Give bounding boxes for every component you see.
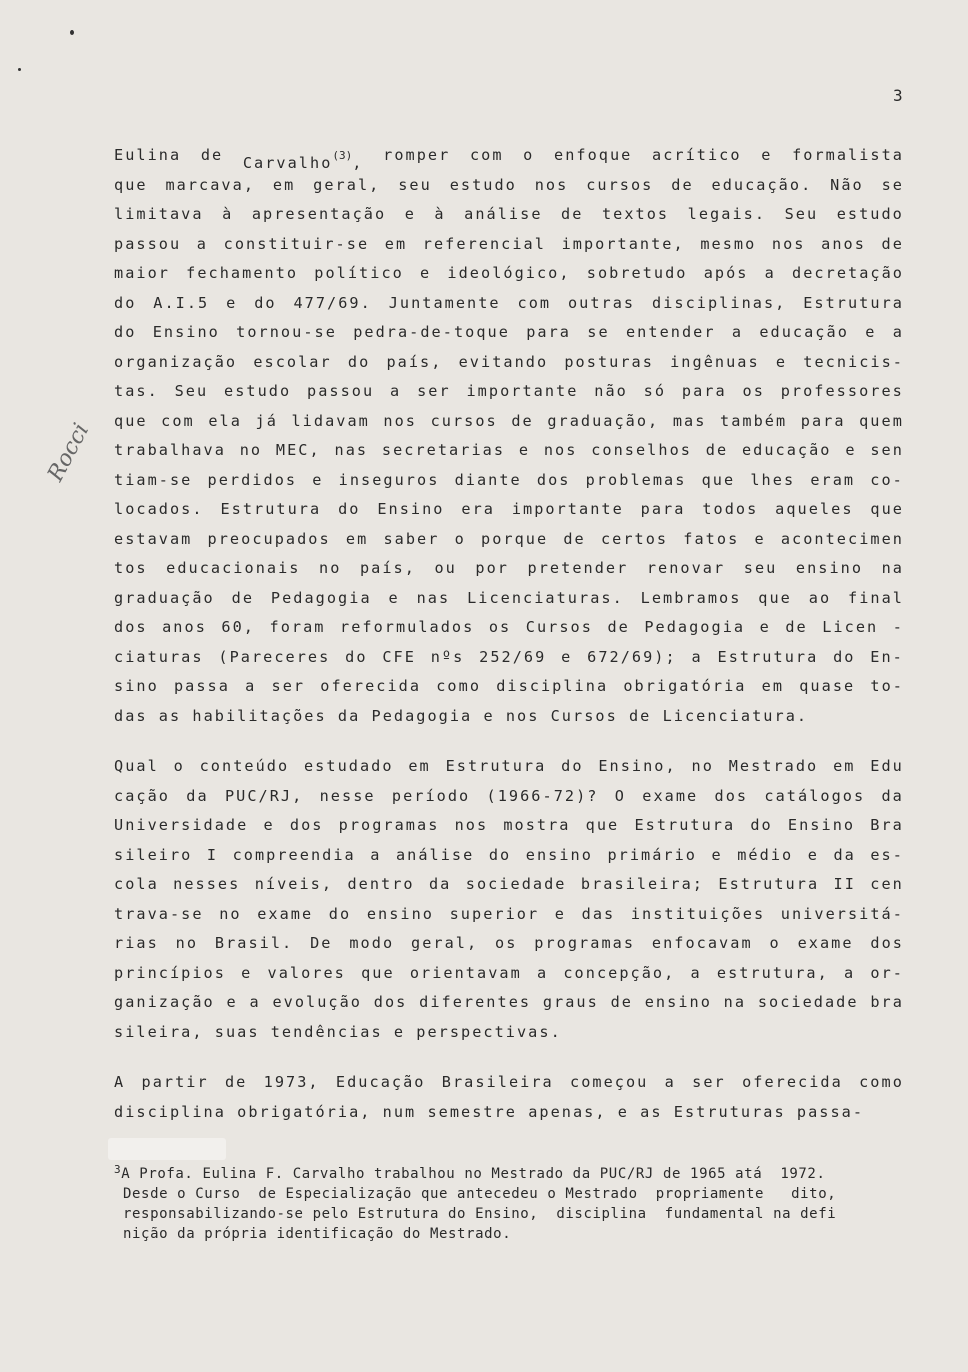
text-line: sinopassaaseroferecidacomodisciplinaobri… — [114, 672, 904, 702]
footnote-marker: 3 — [114, 1163, 121, 1176]
text-line: graduaçãodePedagogiaenasLicenciaturas.Le… — [114, 584, 904, 614]
footnote: 3A Profa. Eulina F. Carvalho trabalhou n… — [114, 1160, 904, 1244]
text-line: das as habilitações da Pedagogia e nos C… — [114, 702, 904, 732]
text-line: locados.EstruturadoEnsinoeraimportantepa… — [114, 495, 904, 525]
scan-speck — [70, 30, 74, 35]
text-line: maiorfechamentopolíticoeideológico,sobre… — [114, 259, 904, 289]
footnote-line: nição da própria identificação do Mestra… — [114, 1224, 904, 1244]
text-line: UniversidadeedosprogramasnosmostraqueEst… — [114, 811, 904, 841]
text-line: doA.I.5edo477/69.Juntamentecomoutrasdisc… — [114, 289, 904, 319]
text-line: toseducacionaisnopaís,ouporpretenderreno… — [114, 554, 904, 584]
text-line: EulinadeCarvalho(3),rompercomoenfoqueacr… — [114, 141, 904, 171]
text-line: princípiosevaloresqueorientavamaconcepçã… — [114, 959, 904, 989]
text-line: organizaçãoescolardopaís,evitandopostura… — [114, 348, 904, 378]
paragraph-3: Apartirde1973,EducaçãoBrasileiracomeçoua… — [114, 1068, 904, 1127]
correction-fluid-mark — [108, 1138, 226, 1160]
text-line: dosanos60,foramreformuladososCursosdePed… — [114, 613, 904, 643]
text-line: riasnoBrasil.Demodogeral,osprogramasenfo… — [114, 929, 904, 959]
text-line: ciaturas(PareceresdoCFEnºs252/69e672/69)… — [114, 643, 904, 673]
text-line: quecomelajálidavamnoscursosdegraduação,m… — [114, 407, 904, 437]
text-line: QualoconteúdoestudadoemEstruturadoEnsino… — [114, 752, 904, 782]
page-number: 3 — [893, 86, 903, 105]
text-line: tiam-seperdidoseinsegurosdiantedosproble… — [114, 466, 904, 496]
text-line: limitavaàapresentaçãoeàanálisedetextosle… — [114, 200, 904, 230]
text-line: tas.Seuestudopassouaserimportantenãosópa… — [114, 377, 904, 407]
text-line: doEnsinotornou-sepedra-de-toqueparaseent… — [114, 318, 904, 348]
footnote-line: responsabilizando-se pelo Estrutura do E… — [114, 1204, 904, 1224]
paragraph-2: QualoconteúdoestudadoemEstruturadoEnsino… — [114, 752, 904, 1047]
text-line: passouaconstituir-seemreferencialimporta… — [114, 230, 904, 260]
paragraph-1: EulinadeCarvalho(3),rompercomoenfoqueacr… — [114, 141, 904, 731]
text-line: colanessesníveis,dentrodasociedadebrasil… — [114, 870, 904, 900]
text-line: estavampreocupadosemsaberoporquedecertos… — [114, 525, 904, 555]
text-line: trabalhavanoMEC,nassecretariasenosconsel… — [114, 436, 904, 466]
scan-speck — [18, 68, 21, 71]
text-line: disciplina obrigatória, num semestre ape… — [114, 1098, 904, 1128]
text-line: trava-senoexamedoensinosuperioredasinsti… — [114, 900, 904, 930]
footnote-line: Desde o Curso de Especialização que ante… — [114, 1184, 904, 1204]
text-line: Apartirde1973,EducaçãoBrasileiracomeçoua… — [114, 1068, 904, 1098]
footnote-reference: (3) — [332, 149, 352, 162]
text-line: quemarcava,emgeral,seuestudonoscursosdee… — [114, 171, 904, 201]
text-line: sileiroIcompreendiaaanálisedoensinoprimá… — [114, 841, 904, 871]
footnote-line: 3A Profa. Eulina F. Carvalho trabalhou n… — [114, 1160, 904, 1184]
text-line: sileira, suas tendências e perspectivas. — [114, 1018, 904, 1048]
text-line: ganizaçãoeaevoluçãodosdiferentesgrausdee… — [114, 988, 904, 1018]
handwritten-margin-note: Rocci — [43, 419, 94, 485]
text-line: caçãodaPUC/RJ,nesseperíodo(1966-72)?Oexa… — [114, 782, 904, 812]
